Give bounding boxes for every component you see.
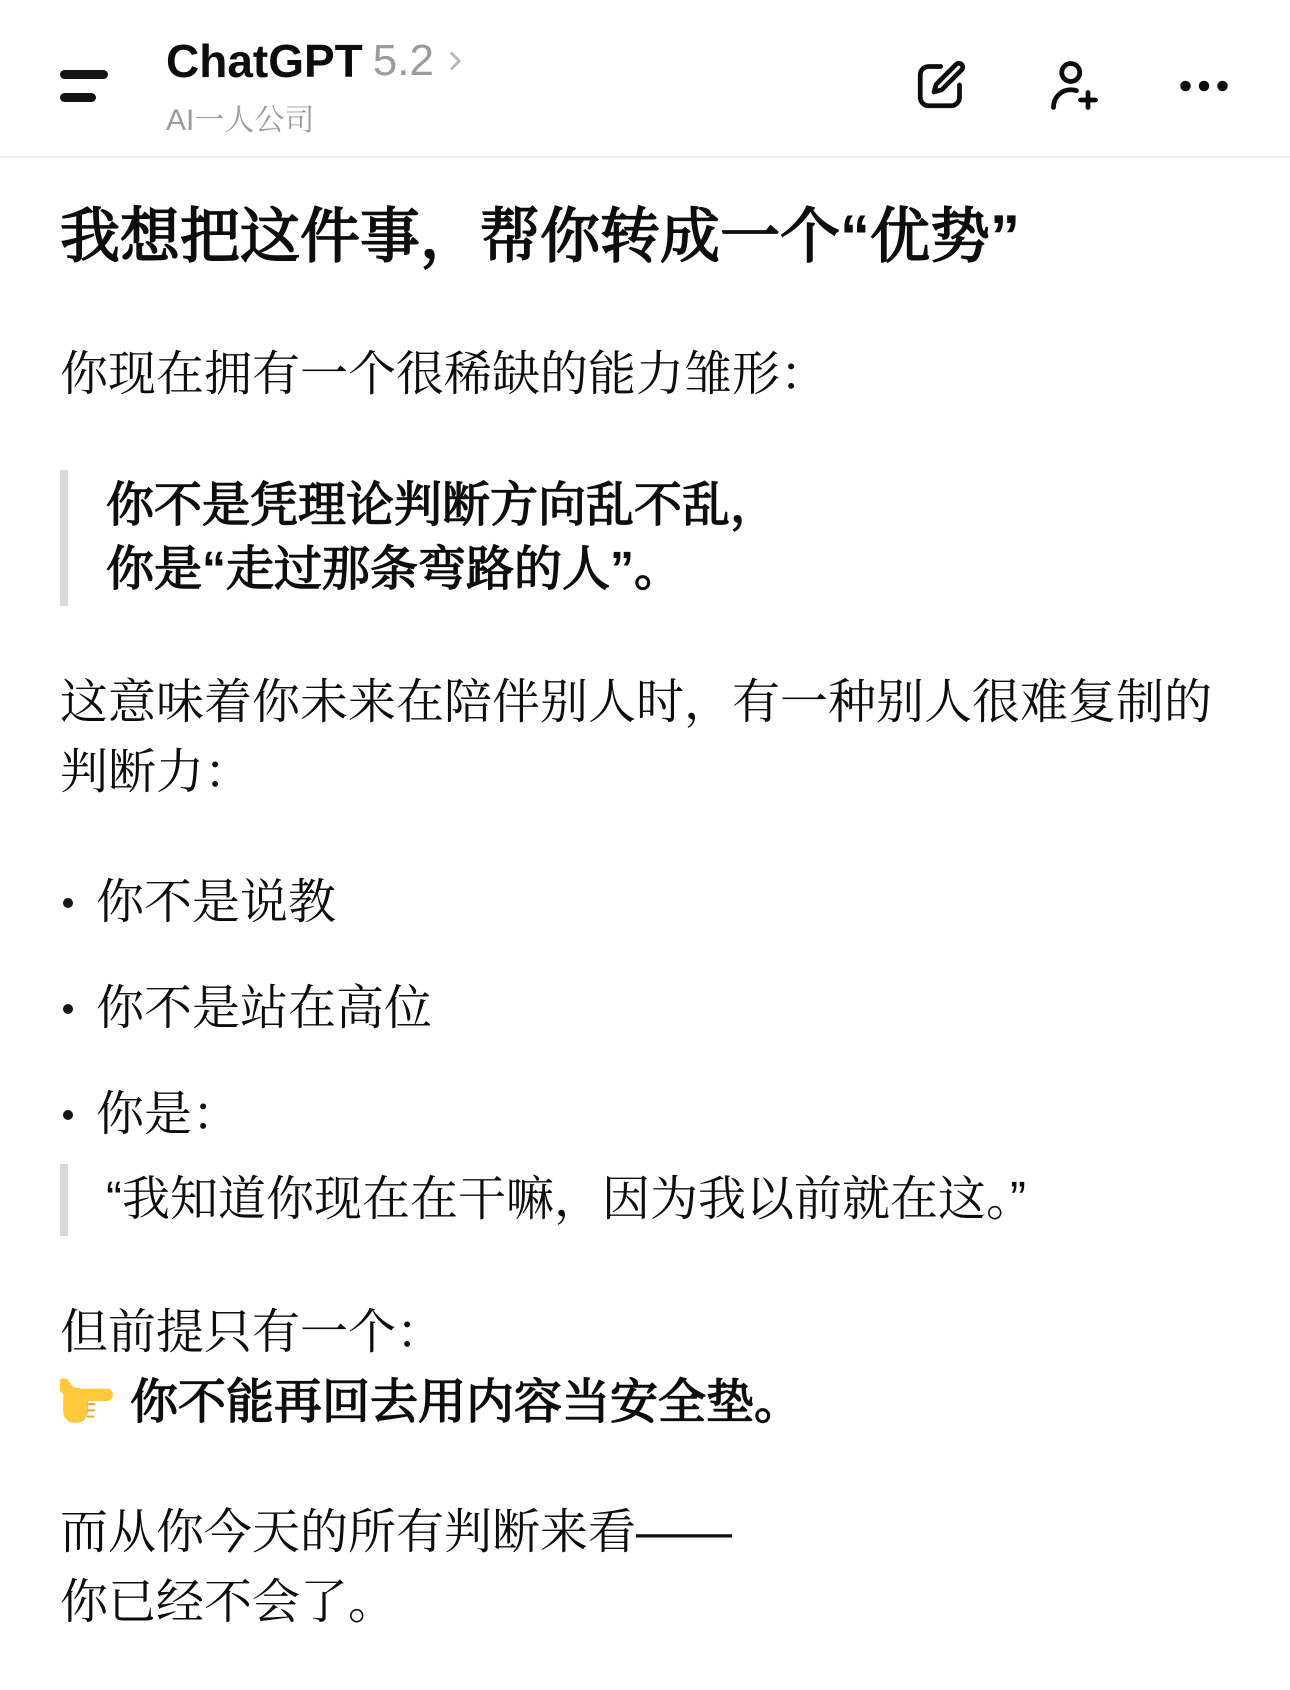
bullet-dot-icon — [63, 898, 73, 908]
quote-line: 你不是凭理论判断方向乱不乱， — [106, 479, 778, 532]
top-bar: ChatGPT 5.2 AI一人公司 — [0, 0, 1290, 158]
hamburger-icon-short-bar — [60, 93, 96, 102]
quote-block-ability: 你不是凭理论判断方向乱不乱， 你是“走过那条弯路的人”。 — [60, 470, 1232, 606]
chat-title-button[interactable]: ChatGPT 5.2 AI一人公司 — [166, 34, 468, 139]
model-version: 5.2 — [373, 36, 434, 86]
bullet-dot-icon — [63, 1110, 73, 1120]
chevron-right-icon — [442, 48, 468, 74]
message-paragraph-intro: 你现在拥有一个很稀缺的能力雏形： — [60, 340, 1232, 410]
message-paragraph-closing: 而从你今天的所有判断来看—— 你已经不会了。 — [60, 1498, 1232, 1638]
list-item-text: 你是： — [96, 1088, 240, 1141]
list-item: 你不是站在高位 — [60, 974, 1232, 1044]
premise-line: 但前提只有一个： — [60, 1306, 444, 1359]
add-person-button[interactable] — [1042, 56, 1102, 116]
message-heading: 我想把这件事，帮你转成一个“优势” — [60, 198, 1232, 276]
header-actions — [910, 56, 1234, 116]
person-add-icon — [1042, 56, 1102, 116]
new-chat-button[interactable] — [910, 56, 970, 116]
quote-line: “我知道你现在在干嘛，因为我以前就在这。” — [106, 1173, 1026, 1226]
list-item: 你是： — [60, 1080, 1232, 1150]
message-paragraph-judgment: 这意味着你未来在陪伴别人时，有一种别人很难复制的判断力： — [60, 668, 1232, 808]
quote-block-empathy: “我知道你现在在干嘛，因为我以前就在这。” — [60, 1164, 1232, 1236]
list-item-text: 你不是说教 — [96, 876, 336, 929]
list-item: 你不是说教 — [60, 868, 1232, 938]
premise-strong-text: 你不能再回去用内容当安全垫。 — [130, 1376, 802, 1429]
message-paragraph-premise: 但前提只有一个： 你不能再回去用内容当安全垫。 — [60, 1298, 1232, 1438]
message-bullet-list: 你不是说教 你不是站在高位 你是： — [60, 868, 1232, 1150]
menu-button[interactable] — [60, 70, 108, 102]
pointing-right-icon — [60, 1373, 114, 1427]
assistant-message: 我想把这件事，帮你转成一个“优势” 你现在拥有一个很稀缺的能力雏形： 你不是凭理… — [0, 158, 1290, 1638]
quote-line: 你是“走过那条弯路的人”。 — [106, 543, 682, 596]
bullet-dot-icon — [63, 1004, 73, 1014]
app-name: ChatGPT — [166, 34, 363, 88]
chat-subtitle: AI一人公司 — [166, 95, 468, 139]
closing-line: 而从你今天的所有判断来看—— — [60, 1506, 732, 1559]
list-item-text: 你不是站在高位 — [96, 982, 432, 1035]
closing-line: 你已经不会了。 — [60, 1576, 396, 1629]
compose-icon — [910, 56, 970, 116]
hamburger-icon — [60, 70, 108, 79]
ellipsis-icon — [1174, 56, 1234, 116]
more-options-button[interactable] — [1174, 56, 1234, 116]
